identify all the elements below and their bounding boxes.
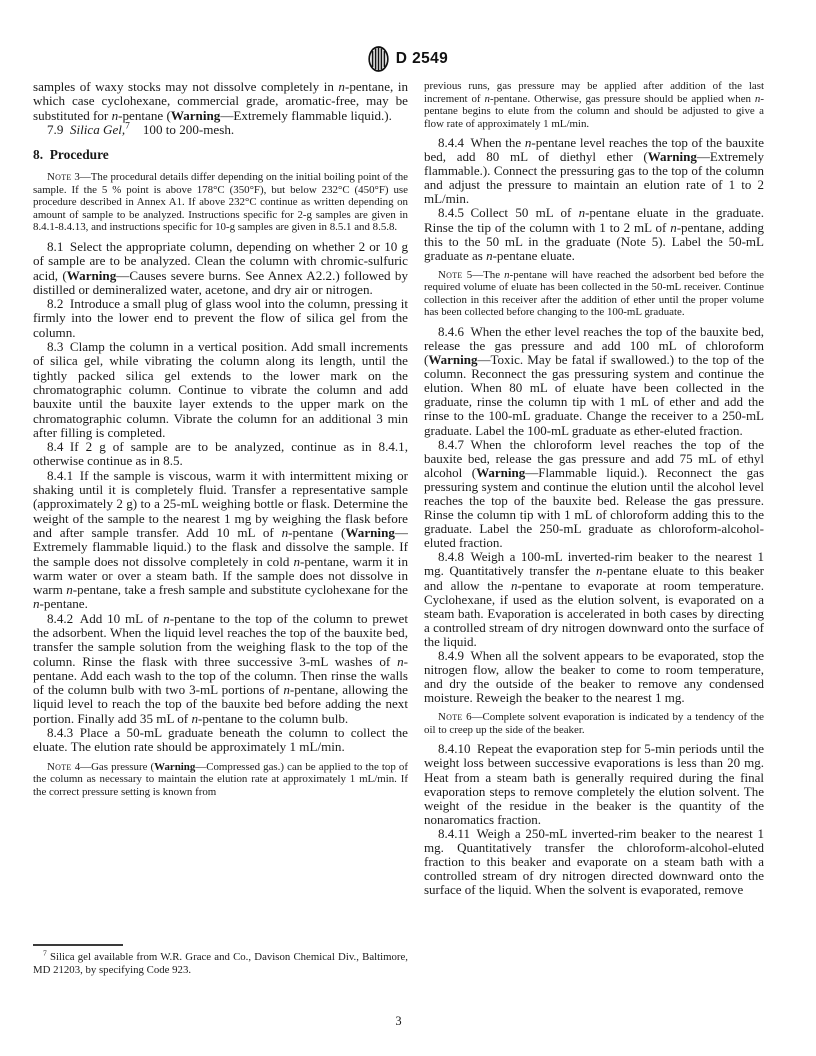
italic-text: Silica Gel,	[70, 122, 125, 137]
astm-logo-icon	[368, 46, 389, 72]
smallcaps: Note	[47, 761, 72, 773]
italic-text: n	[755, 93, 760, 105]
superscript: 7	[125, 121, 130, 131]
para-8-4-1: 8.4.1 If the sample is viscous, warm it …	[33, 469, 408, 612]
column-right: previous runs, gas pressure may be appli…	[424, 80, 764, 1014]
bold-text: Warning	[428, 352, 477, 367]
para-8-4-9: 8.4.9 When all the solvent appears to be…	[424, 649, 764, 705]
bold-text: Warning	[345, 525, 394, 540]
para-8-4-8: 8.4.8 Weigh a 100-mL inverted-rim beaker…	[424, 550, 764, 649]
para-8-4-7: 8.4.7 When the chloroform level reaches …	[424, 438, 764, 551]
note-3: Note 3—The procedural details differ dep…	[33, 171, 408, 234]
smallcaps: Note	[438, 269, 463, 281]
bold-text: Warning	[648, 149, 697, 164]
bold-text: Warning	[67, 268, 116, 283]
italic-text: n	[33, 596, 40, 611]
italic-text: n	[283, 682, 290, 697]
page-header: D 2549	[0, 46, 816, 72]
smallcaps: Note	[47, 171, 72, 183]
bold-text: Warning	[476, 465, 525, 480]
para-8-3: 8.3 Clamp the column in a vertical posit…	[33, 340, 408, 440]
superscript: 7	[43, 948, 47, 957]
footnote-text: 7 Silica gel available from W.R. Grace a…	[33, 951, 408, 977]
para-8-4: 8.4 If 2 g of sample are to be analyzed,…	[33, 440, 408, 469]
footnote: 7 Silica gel available from W.R. Grace a…	[33, 944, 408, 977]
smallcaps: Note	[438, 711, 463, 723]
italic-text: n	[66, 582, 73, 597]
italic-text: n	[163, 611, 170, 626]
para-7-9: 7.9 Silica Gel,7 100 to 200-mesh.	[33, 123, 408, 137]
text-columns: samples of waxy stocks may not dissolve …	[33, 80, 764, 1014]
italic-text: n	[282, 525, 289, 540]
italic-text: n	[511, 578, 518, 593]
italic-text: n	[486, 248, 493, 263]
column-left: samples of waxy stocks may not dissolve …	[33, 80, 408, 948]
para-8-2: 8.2 Introduce a small plug of glass wool…	[33, 297, 408, 340]
para-8-4-2: 8.4.2 Add 10 mL of n-pentane to the top …	[33, 612, 408, 726]
para-7-8-continuation: samples of waxy stocks may not dissolve …	[33, 80, 408, 123]
page-number: 3	[33, 1014, 764, 1029]
note-4-continuation: previous runs, gas pressure may be appli…	[424, 80, 764, 130]
section-8-heading: 8. Procedure	[33, 148, 408, 162]
bold-text: Warning	[154, 761, 195, 773]
italic-text: n	[485, 93, 490, 105]
note-4: Note 4—Gas pressure (Warning—Compressed …	[33, 761, 408, 799]
para-8-1: 8.1 Select the appropriate column, depen…	[33, 240, 408, 297]
italic-text: n	[670, 220, 677, 235]
italic-text: n	[579, 205, 586, 220]
para-8-4-3: 8.4.3 Place a 50-mL graduate beneath the…	[33, 726, 408, 755]
italic-text: n	[504, 269, 509, 281]
italic-text: n	[294, 554, 301, 569]
doc-code: D 2549	[396, 50, 448, 68]
para-8-4-4: 8.4.4 When the n-pentane level reaches t…	[424, 136, 764, 206]
bold-text: Warning	[171, 108, 220, 123]
italic-text: n	[397, 654, 404, 669]
para-8-4-5: 8.4.5 Collect 50 mL of n-pentane eluate …	[424, 206, 764, 262]
note-5: Note 5—The n-pentane will have reached t…	[424, 269, 764, 319]
footnote-separator	[33, 944, 123, 946]
italic-text: n	[191, 711, 198, 726]
document-page: D 2549 samples of waxy stocks may not di…	[0, 0, 816, 1056]
italic-text: n	[596, 563, 603, 578]
italic-text: n	[525, 135, 532, 150]
para-8-4-6: 8.4.6 When the ether level reaches the t…	[424, 325, 764, 438]
italic-text: n	[112, 108, 119, 123]
note-6: Note 6—Complete solvent evaporation is i…	[424, 711, 764, 736]
para-8-4-10: 8.4.10 Repeat the evaporation step for 5…	[424, 742, 764, 827]
italic-text: n	[338, 80, 345, 94]
para-8-4-11: 8.4.11 Weigh a 250-mL inverted-rim beake…	[424, 827, 764, 897]
